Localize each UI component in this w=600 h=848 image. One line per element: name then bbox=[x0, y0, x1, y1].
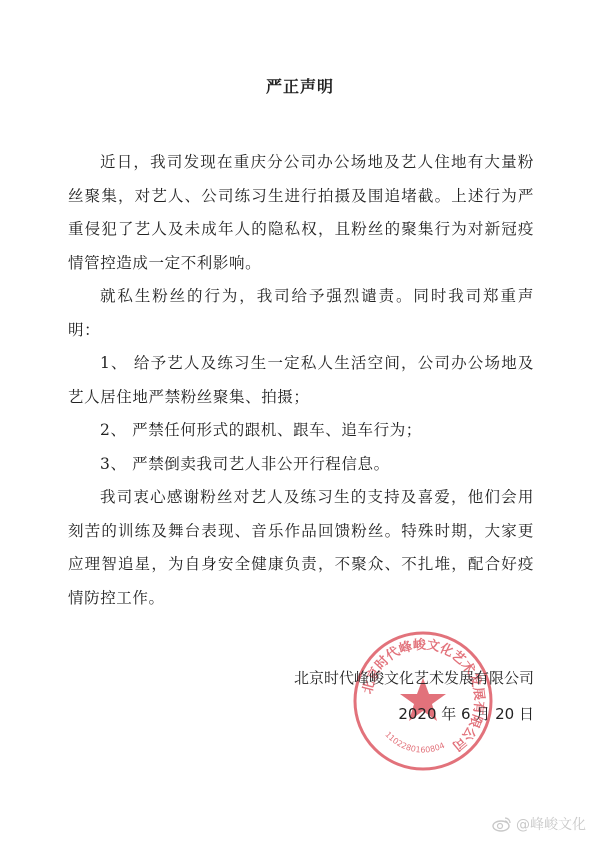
document-title: 严正声明 bbox=[0, 74, 600, 97]
paragraph-item-3: 3、 严禁倒卖我司艺人非公开行程信息。 bbox=[68, 448, 534, 482]
paragraph-item-1: 1、 给予艺人及练习生一定私人生活空间，公司办公场地及艺人居住地严禁粉丝聚集、拍… bbox=[68, 347, 534, 414]
weibo-watermark: @峰峻文化 bbox=[492, 814, 586, 834]
watermark-text: @峰峻文化 bbox=[516, 814, 586, 834]
company-name: 北京时代峰峻文化艺术发展有限公司 bbox=[294, 660, 534, 696]
weibo-icon bbox=[492, 816, 512, 832]
paragraph-item-2: 2、 严禁任何形式的跟机、跟车、追车行为； bbox=[68, 414, 534, 448]
document-date: 2020 年 6 月 20 日 bbox=[294, 696, 534, 732]
signature-block: 北京时代峰峻文化艺术发展有限公司 2020 年 6 月 20 日 bbox=[294, 660, 534, 732]
svg-text:1102280160804: 1102280160804 bbox=[383, 730, 446, 755]
document-body: 近日，我司发现在重庆分公司办公场地及艺人住地有大量粉丝聚集，对艺人、公司练习生进… bbox=[68, 146, 534, 615]
paragraph-thanks: 我司衷心感谢粉丝对艺人及练习生的支持及喜爱，他们会用刻苦的训练及舞台表现、音乐作… bbox=[68, 481, 534, 615]
paragraph-condemn: 就私生粉丝的行为，我司给予强烈谴责。同时我司郑重声明： bbox=[68, 280, 534, 347]
paragraph-intro: 近日，我司发现在重庆分公司办公场地及艺人住地有大量粉丝聚集，对艺人、公司练习生进… bbox=[68, 146, 534, 280]
